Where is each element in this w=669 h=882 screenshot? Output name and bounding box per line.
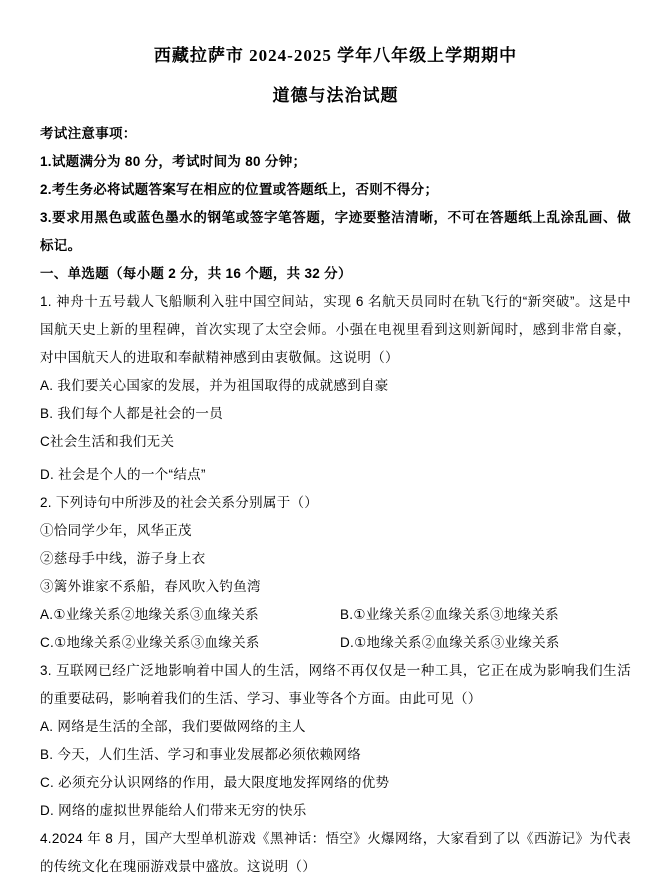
question-4-stem: 4.2024 年 8 月，国产大型单机游戏《黑神话：悟空》火爆网络，大家看到了以… xyxy=(40,825,631,881)
question-2-option-d: D.①地缘关系②血缘关系③业缘关系 xyxy=(340,629,631,657)
question-3-option-d: D. 网络的虚拟世界能给人们带来无穷的快乐 xyxy=(40,797,631,825)
question-1-option-d: D. 社会是个人的一个“结点” xyxy=(40,461,631,489)
question-3: 3. 互联网已经广泛地影响着中国人的生活，网络不再仅仅是一种工具，它正在成为影响… xyxy=(40,657,631,825)
exam-notices: 考试注意事项： 1.试题满分为 80 分，考试时间为 80 分钟； 2.考生务必… xyxy=(40,120,631,260)
question-2-option-b: B.①业缘关系②血缘关系③地缘关系 xyxy=(340,601,631,629)
paper-title-line2: 道德与法治试题 xyxy=(40,76,631,116)
question-3-option-a: A. 网络是生活的全部，我们要做网络的主人 xyxy=(40,713,631,741)
notice-item-3: 3.要求用黑色或蓝色墨水的钢笔或签字笔答题，字迹要整洁清晰，不可在答题纸上乱涂乱… xyxy=(40,204,631,260)
question-2-option-c: C.①地缘关系②业缘关系③血缘关系 xyxy=(40,629,340,657)
question-2-options-row-1: A.①业缘关系②地缘关系③血缘关系 B.①业缘关系②血缘关系③地缘关系 xyxy=(40,601,631,629)
question-2-item-3: ③篱外谁家不系船，春风吹入钓鱼湾 xyxy=(40,573,631,601)
notice-item-1: 1.试题满分为 80 分，考试时间为 80 分钟； xyxy=(40,148,631,176)
question-1: 1. 神舟十五号载人飞船顺利入驻中国空间站，实现 6 名航天员同时在轨飞行的“新… xyxy=(40,288,631,489)
question-1-option-a: A. 我们要关心国家的发展，并为祖国取得的成就感到自豪 xyxy=(40,372,631,400)
question-1-option-c: C社会生活和我们无关 xyxy=(40,428,631,456)
question-2-stem: 2. 下列诗句中所涉及的社会关系分别属于（） xyxy=(40,489,631,517)
question-1-stem: 1. 神舟十五号载人飞船顺利入驻中国空间站，实现 6 名航天员同时在轨飞行的“新… xyxy=(40,288,631,372)
question-1-option-b: B. 我们每个人都是社会的一员 xyxy=(40,400,631,428)
exam-paper-page: 西藏拉萨市 2024-2025 学年八年级上学期期中 道德与法治试题 考试注意事… xyxy=(0,0,669,882)
question-2-option-a: A.①业缘关系②地缘关系③血缘关系 xyxy=(40,601,340,629)
question-3-option-c: C. 必须充分认识网络的作用，最大限度地发挥网络的优势 xyxy=(40,769,631,797)
question-3-stem: 3. 互联网已经广泛地影响着中国人的生活，网络不再仅仅是一种工具，它正在成为影响… xyxy=(40,657,631,713)
paper-title-line1: 西藏拉萨市 2024-2025 学年八年级上学期期中 xyxy=(40,36,631,76)
question-2-options-row-2: C.①地缘关系②业缘关系③血缘关系 D.①地缘关系②血缘关系③业缘关系 xyxy=(40,629,631,657)
question-2-item-2: ②慈母手中线，游子身上衣 xyxy=(40,545,631,573)
question-4: 4.2024 年 8 月，国产大型单机游戏《黑神话：悟空》火爆网络，大家看到了以… xyxy=(40,825,631,881)
notices-heading: 考试注意事项： xyxy=(40,120,631,148)
question-3-option-b: B. 今天，人们生活、学习和事业发展都必须依赖网络 xyxy=(40,741,631,769)
section-heading: 一、单选题（每小题 2 分，共 16 个题，共 32 分） xyxy=(40,260,631,288)
notice-item-2: 2.考生务必将试题答案写在相应的位置或答题纸上，否则不得分； xyxy=(40,176,631,204)
question-2-item-1: ①恰同学少年，风华正茂 xyxy=(40,517,631,545)
question-2: 2. 下列诗句中所涉及的社会关系分别属于（） ①恰同学少年，风华正茂 ②慈母手中… xyxy=(40,489,631,657)
